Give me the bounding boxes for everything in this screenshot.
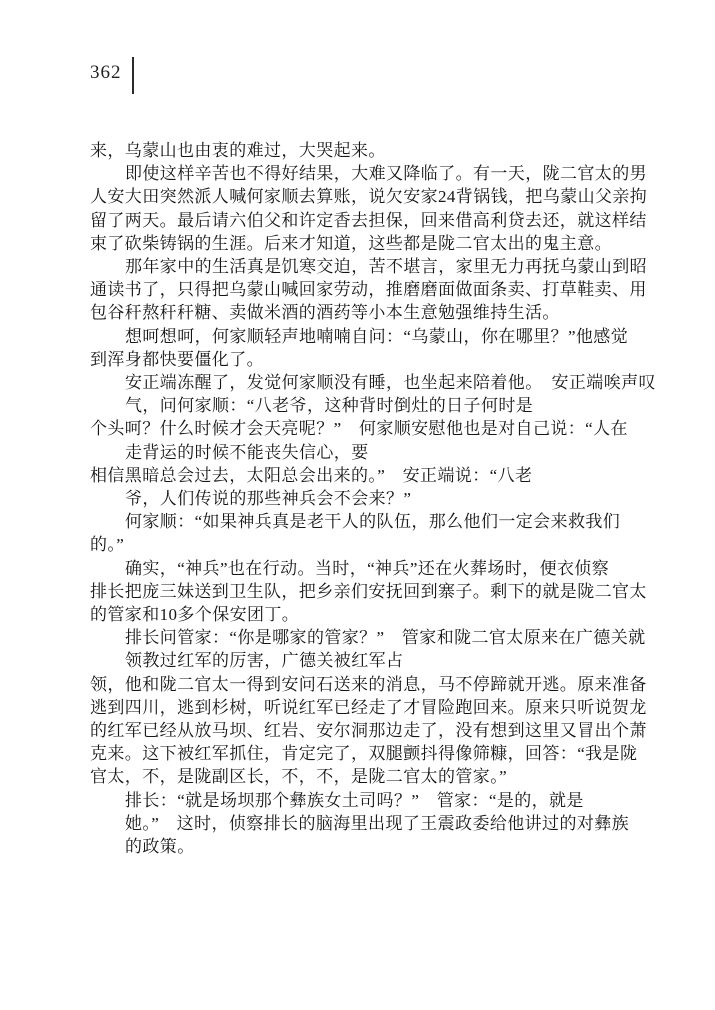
text-line: 个头呵？什么时候才会天亮呢？” 何家顺安慰他也是对自己说：“人在 (90, 417, 638, 440)
text-line: 气，问何家顺：“八老爷，这种背时倒灶的日子何时是 (90, 394, 638, 417)
page-number: 362 (90, 62, 122, 84)
text-line: 排长：“就是场坝那个彝族女土司吗？” 管家：“是的，就是 (90, 789, 638, 812)
text-line: 到浑身都快要僵化了。 (90, 348, 638, 371)
text-line: 何家顺：“如果神兵真是老干人的队伍，那么他们一定会来救我们 (90, 510, 638, 533)
text-line: 克来。这下被红军抓住，肯定完了，双腿颤抖得像筛糠，回答：“我是陇 (90, 742, 638, 765)
text-line: 人安大田突然派人喊何家顺去算账，说欠安家24背锅钱，把乌蒙山父亲拘 (90, 185, 638, 208)
body-text: 来，乌蒙山也由衷的难过，大哭起来。 即使这样辛苦也不得好结果，大难又降临了。有一… (90, 139, 638, 858)
text-line: 领，他和陇二官太一得到安问石送来的消息，马不停蹄就开逃。原来准备 (90, 673, 638, 696)
text-line: 官太，不，是陇副区长，不，不，是陇二官太的管家。” (90, 765, 638, 788)
page-number-divider (132, 57, 134, 94)
text-line: 领教过红军的厉害，广德关被红军占 (90, 649, 638, 672)
text-line: 逃到四川，逃到杉树，听说红军已经走了才冒险跑回来。原来只听说贺龙 (90, 696, 638, 719)
text-line: 的管家和10多个保安团丁。 (90, 603, 638, 626)
text-line: 那年家中的生活真是饥寒交迫，苦不堪言，家里无力再抚乌蒙山到昭 (90, 255, 638, 278)
text-line: 的红军已经从放马坝、红岩、安尔洞那边走了，没有想到这里又冒出个萧 (90, 719, 638, 742)
text-line: 的政策。 (90, 835, 638, 858)
text-line: 通读书了，只得把乌蒙山喊回家劳动，推磨磨面做面条卖、打草鞋卖、用 (90, 278, 638, 301)
text-line: 包谷秆熬秆秆糖、卖做米酒的酒药等小本生意勉强维持生活。 (90, 301, 638, 324)
text-line: 安正端冻醒了，发觉何家顺没有睡，也坐起来陪着他。 安正端唉声叹 (90, 371, 638, 394)
text-line: 确实，“神兵”也在行动。当时，“神兵”还在火葬场时，便衣侦察 (90, 557, 638, 580)
text-line: 留了两天。最后请六伯父和许定香去担保，回来借高利贷去还，就这样结 (90, 209, 638, 232)
text-line: 即使这样辛苦也不得好结果，大难又降临了。有一天，陇二官太的男 (90, 162, 638, 185)
text-line: 排长问管家：“你是哪家的管家？” 管家和陇二官太原来在广德关就 (90, 626, 638, 649)
text-line: 相信黑暗总会过去，太阳总会出来的。” 安正端说：“八老 (90, 464, 638, 487)
text-line: 想呵想呵，何家顺轻声地喃喃自问：“乌蒙山，你在哪里？”他感觉 (90, 325, 638, 348)
text-line: 爷，人们传说的那些神兵会不会来？” (90, 487, 638, 510)
text-line: 的。” (90, 533, 638, 556)
text-line: 来，乌蒙山也由衷的难过，大哭起来。 (90, 139, 638, 162)
text-line: 排长把庞三妹送到卫生队，把乡亲们安抚回到寨子。剩下的就是陇二官太 (90, 580, 638, 603)
text-line: 束了砍柴铸锅的生涯。后来才知道，这些都是陇二官太出的鬼主意。 (90, 232, 638, 255)
text-line: 走背运的时候不能丧失信心，要 (90, 441, 638, 464)
text-line: 她。” 这时，侦察排长的脑海里出现了王震政委给他讲过的对彝族 (90, 812, 638, 835)
book-page: 362 来，乌蒙山也由衷的难过，大哭起来。 即使这样辛苦也不得好结果，大难又降临… (0, 0, 715, 1010)
